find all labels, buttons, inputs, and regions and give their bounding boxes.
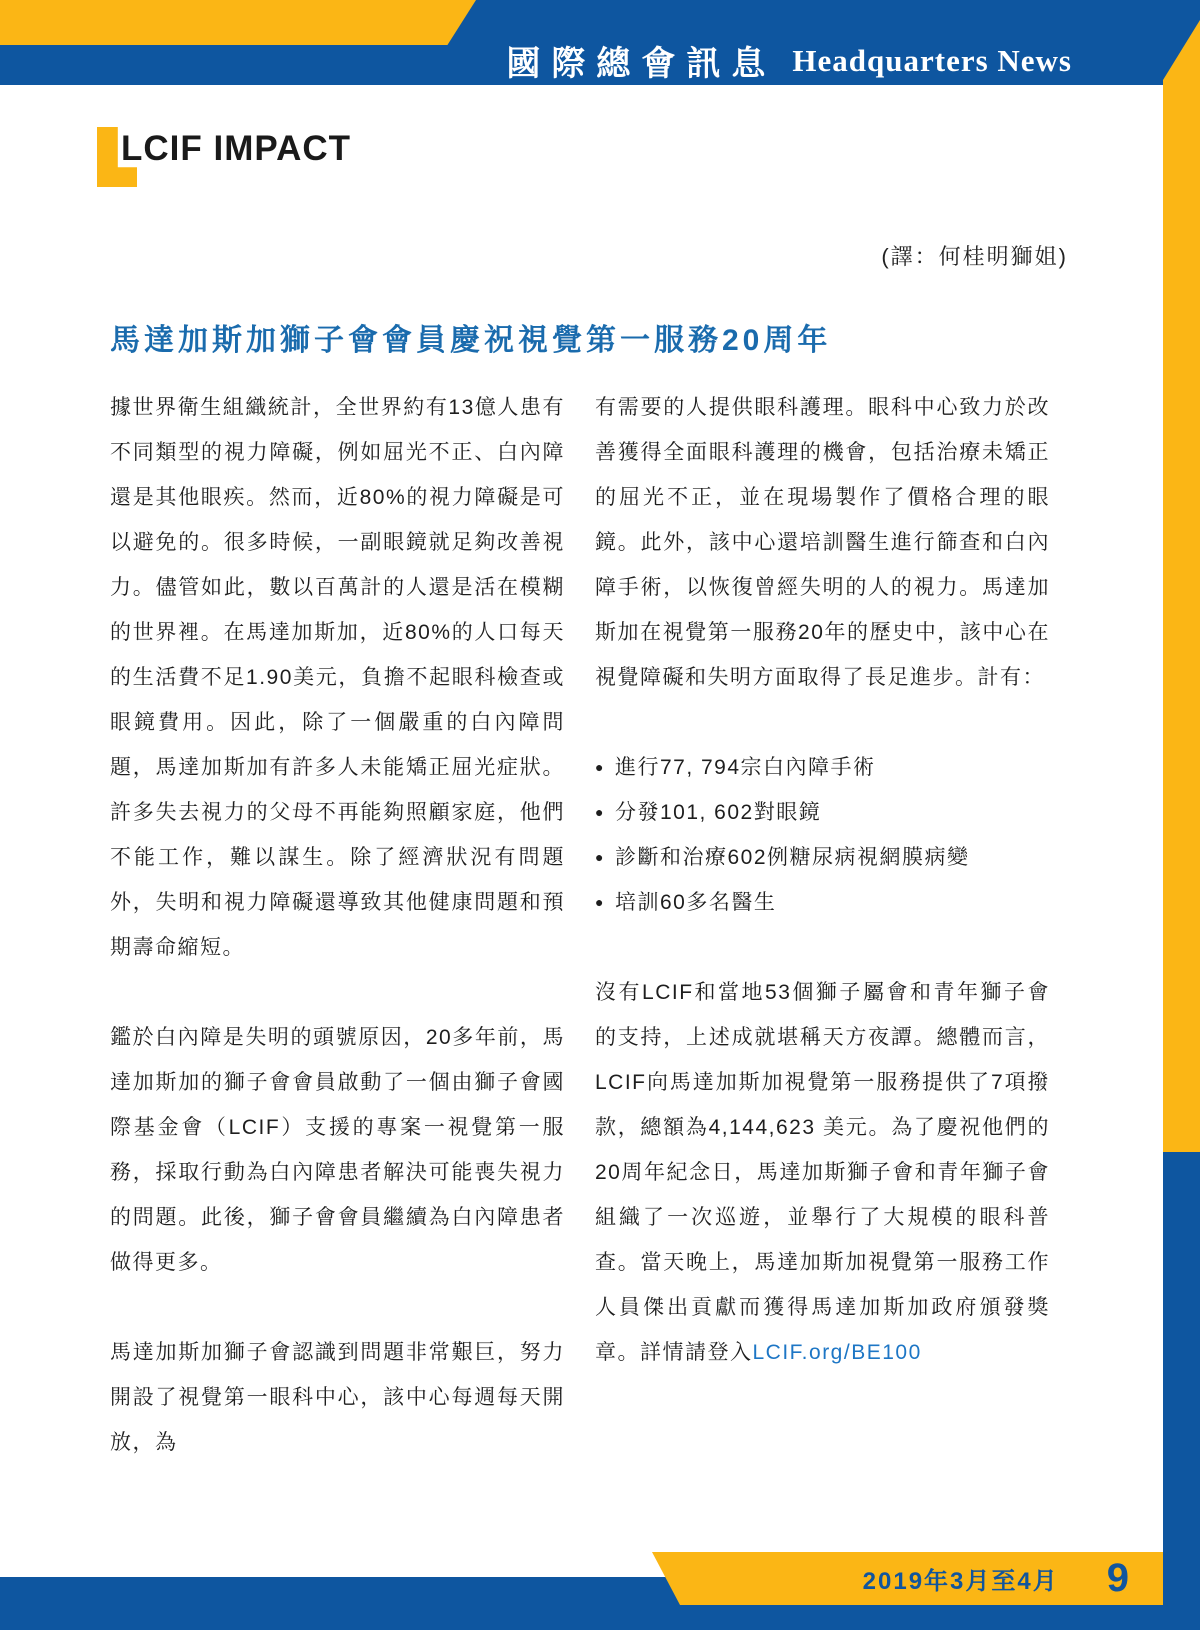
- list-item-text: 分發101, 602對眼鏡: [615, 801, 821, 824]
- article-body: 據世界衛生組織統計，全世界約有13億人患有不同類型的視力障礙，例如屈光不正、白內…: [110, 385, 1050, 1465]
- list-item: ●進行77, 794宗白內障手術: [595, 745, 1050, 790]
- paragraph: 據世界衛生組織統計，全世界約有13億人患有不同類型的視力障礙，例如屈光不正、白內…: [110, 385, 565, 970]
- list-item-text: 診斷和治療602例糖尿病視網膜病變: [615, 846, 970, 869]
- magazine-page: 國際總會訊息 Headquarters News LCIF IMPACT (譯：…: [0, 0, 1200, 1630]
- bullet-icon: ●: [595, 894, 605, 910]
- left-column: 據世界衛生組織統計，全世界約有13億人患有不同類型的視力障礙，例如屈光不正、白內…: [110, 385, 565, 1465]
- footer-banner: 2019年3月至4月 9: [652, 1552, 1163, 1605]
- header-title: 國際總會訊息 Headquarters News: [506, 0, 1072, 103]
- paragraph: 有需要的人提供眼科護理。眼科中心致力於改善獲得全面眼科護理的機會，包括治療未矯正…: [595, 385, 1050, 700]
- issue-date: 2019年3月至4月: [863, 1561, 1059, 1596]
- header-title-zh: 國際總會訊息: [506, 36, 776, 85]
- bullet-icon: ●: [595, 759, 605, 775]
- list-item: ●培訓60多名醫生: [595, 880, 1050, 925]
- paragraph-text: 沒有LCIF和當地53個獅子屬會和青年獅子會的支持，上述成就堪稱天方夜譚。總體而…: [595, 981, 1050, 1364]
- bullet-icon: ●: [595, 804, 605, 820]
- list-item-text: 進行77, 794宗白內障手術: [615, 756, 876, 779]
- header-yellow-accent: [0, 0, 476, 45]
- header-title-en: Headquarters News: [792, 43, 1072, 79]
- paragraph: 馬達加斯加獅子會認識到問題非常艱巨，努力開設了視覺第一眼科中心，該中心每週每天開…: [110, 1330, 565, 1465]
- list-item-text: 培訓60多名醫生: [615, 891, 776, 914]
- bullet-icon: ●: [595, 849, 605, 865]
- paragraph: 沒有LCIF和當地53個獅子屬會和青年獅子會的支持，上述成就堪稱天方夜譚。總體而…: [595, 970, 1050, 1375]
- right-column: 有需要的人提供眼科護理。眼科中心致力於改善獲得全面眼科護理的機會，包括治療未矯正…: [595, 385, 1050, 1465]
- statistics-list: ●進行77, 794宗白內障手術 ●分發101, 602對眼鏡 ●診斷和治療60…: [595, 745, 1050, 925]
- translator-credit: (譯：何桂明獅姐): [881, 240, 1068, 271]
- section-heading: LCIF IMPACT: [121, 129, 351, 169]
- list-item: ●分發101, 602對眼鏡: [595, 790, 1050, 835]
- page-number: 9: [1107, 1556, 1129, 1601]
- right-stripe-blue: [1163, 1152, 1200, 1630]
- article-title: 馬達加斯加獅子會會員慶祝視覺第一服務20周年: [110, 315, 831, 359]
- lcif-website-link[interactable]: LCIF.org/BE100: [753, 1341, 922, 1364]
- right-stripe-yellow: [1163, 0, 1200, 1152]
- list-item: ●診斷和治療602例糖尿病視網膜病變: [595, 835, 1050, 880]
- paragraph: 鑑於白內障是失明的頭號原因，20多年前，馬達加斯加的獅子會會員啟動了一個由獅子會…: [110, 1015, 565, 1285]
